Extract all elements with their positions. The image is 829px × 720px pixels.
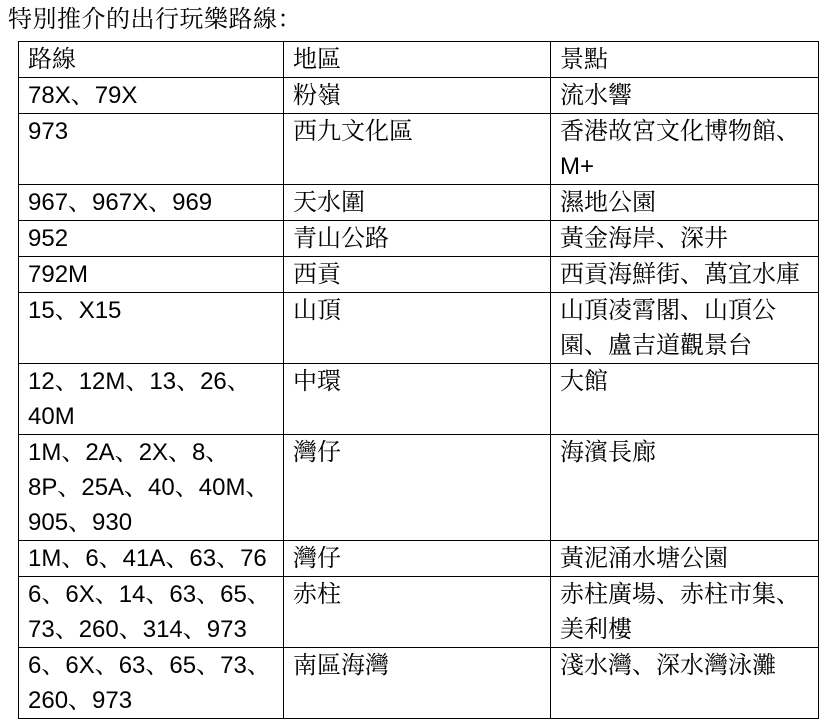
cell-district: 中環 [284,364,551,435]
table-row: 792M 西貢 西貢海鮮街、萬宜水庫 [19,257,819,293]
page-title: 特別推介的出行玩樂路線： [8,5,829,35]
cell-district: 西九文化區 [284,114,551,185]
cell-route: 78X、79X [19,78,284,114]
cell-route: 1M、2A、2X、8、8P、25A、40、40M、905、930 [19,435,284,541]
cell-district: 山頂 [284,293,551,364]
cell-attractions: 海濱長廊 [551,435,819,541]
cell-attractions: 淺水灣、深水灣泳灘 [551,648,819,719]
table-row: 973 西九文化區 香港故宮文化博物館、M+ [19,114,819,185]
cell-attractions: 流水響 [551,78,819,114]
cell-attractions: 大館 [551,364,819,435]
cell-attractions: 濕地公園 [551,185,819,221]
cell-district: 青山公路 [284,221,551,257]
cell-attractions: 黃泥涌水塘公園 [551,541,819,577]
table-row: 15、X15 山頂 山頂凌霄閣、山頂公園、盧吉道觀景台 [19,293,819,364]
table-row: 952 青山公路 黃金海岸、深井 [19,221,819,257]
table-row: 967、967X、969 天水圍 濕地公園 [19,185,819,221]
cell-district: 灣仔 [284,435,551,541]
cell-district: 西貢 [284,257,551,293]
cell-district: 赤柱 [284,577,551,648]
column-header-attractions: 景點 [551,42,819,78]
table-row: 78X、79X 粉嶺 流水響 [19,78,819,114]
cell-attractions: 黃金海岸、深井 [551,221,819,257]
cell-route: 967、967X、969 [19,185,284,221]
table-row: 12、12M、13、26、40M 中環 大館 [19,364,819,435]
cell-district: 天水圍 [284,185,551,221]
cell-district: 南區海灣 [284,648,551,719]
table-row: 1M、6、41A、63、76 灣仔 黃泥涌水塘公園 [19,541,819,577]
cell-route: 15、X15 [19,293,284,364]
cell-attractions: 香港故宮文化博物館、M+ [551,114,819,185]
cell-route: 12、12M、13、26、40M [19,364,284,435]
cell-route: 6、6X、14、63、65、73、260、314、973 [19,577,284,648]
cell-attractions: 山頂凌霄閣、山頂公園、盧吉道觀景台 [551,293,819,364]
column-header-route: 路線 [19,42,284,78]
cell-district: 灣仔 [284,541,551,577]
cell-route: 6、6X、63、65、73、260、973 [19,648,284,719]
column-header-district: 地區 [284,42,551,78]
cell-route: 1M、6、41A、63、76 [19,541,284,577]
cell-district: 粉嶺 [284,78,551,114]
routes-table: 路線 地區 景點 78X、79X 粉嶺 流水響 973 西九文化區 香港故宮文化… [18,41,819,719]
cell-route: 973 [19,114,284,185]
cell-route: 792M [19,257,284,293]
cell-route: 952 [19,221,284,257]
table-header-row: 路線 地區 景點 [19,42,819,78]
table-row: 1M、2A、2X、8、8P、25A、40、40M、905、930 灣仔 海濱長廊 [19,435,819,541]
table-row: 6、6X、14、63、65、73、260、314、973 赤柱 赤柱廣場、赤柱市… [19,577,819,648]
cell-attractions: 赤柱廣場、赤柱市集、美利樓 [551,577,819,648]
cell-attractions: 西貢海鮮街、萬宜水庫 [551,257,819,293]
table-row: 6、6X、63、65、73、260、973 南區海灣 淺水灣、深水灣泳灘 [19,648,819,719]
